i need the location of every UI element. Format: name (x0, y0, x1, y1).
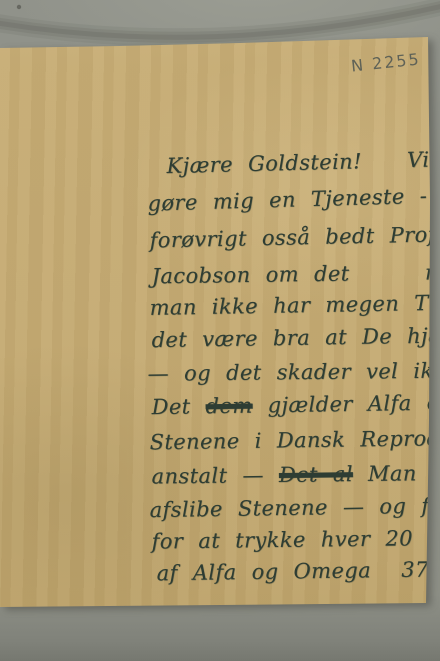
letter-scan: N 2255 Kjære Goldstein! Vil De gøre mig … (0, 0, 440, 661)
archive-number: N 2255 (350, 49, 421, 75)
handwritten-line: af Alfa og Omega 375 Kroner (35, 532, 440, 611)
paper-shadow-wrap: N 2255 Kjære Goldstein! Vil De gøre mig … (0, 0, 440, 661)
line-text: af Alfa og Omega 375 Kroner (156, 556, 440, 585)
letter-paper: N 2255 Kjære Goldstein! Vil De gøre mig … (0, 0, 440, 661)
